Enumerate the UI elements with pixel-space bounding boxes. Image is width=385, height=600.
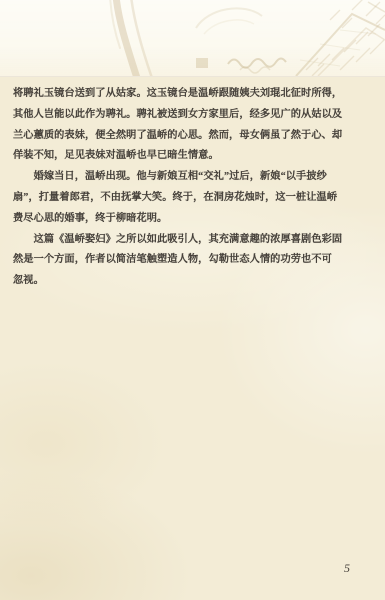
text-line: 然是一个方面，作者以简洁笔触塑造人物，勾勒世态人情的功劳也不可 [13, 250, 345, 271]
text-line: 其他人岂能以此作为聘礼。聘礼被送到女方家里后，经多见广的从姑以及 [13, 105, 345, 126]
page-number: 5 [344, 561, 350, 576]
text-line: 费尽心思的婚事，终于柳暗花明。 [13, 209, 345, 230]
body-text: 将聘礼玉镜台送到了从姑家。这玉镜台是温峤跟随姨夫刘琨北征时所得，其他人岂能以此作… [13, 84, 345, 292]
faded-sketch-drawing [0, 0, 385, 76]
text-line: 将聘礼玉镜台送到了从姑家。这玉镜台是温峤跟随姨夫刘琨北征时所得， [13, 84, 345, 105]
text-line: 这篇《温峤娶妇》之所以如此吸引人，其充满意趣的浓厚喜剧色彩固 [13, 230, 345, 251]
text-line: 忽视。 [13, 271, 345, 292]
book-page: 将聘礼玉镜台送到了从姑家。这玉镜台是温峤跟随姨夫刘琨北征时所得，其他人岂能以此作… [0, 0, 385, 600]
text-line: 兰心蕙质的表妹，便全然明了温峤的心思。然而，母女俩虽了然于心、却 [13, 126, 345, 147]
text-line: 婚嫁当日，温峤出现。他与新娘互相“交礼”过后，新娘“以手披纱 [13, 167, 345, 188]
text-line: 扇”，打量着郎君，不由抚掌大笑。终于，在洞房花烛时，这一桩让温峤 [13, 188, 345, 209]
text-line: 佯装不知，足见表妹对温峤也早已暗生情意。 [13, 146, 345, 167]
faded-illustration [0, 0, 385, 77]
